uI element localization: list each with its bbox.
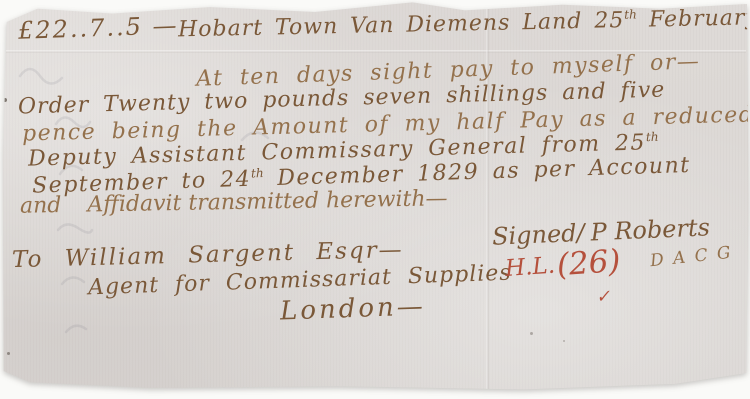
red-ref-number: (26) [556, 248, 621, 280]
date-superscript: th [251, 166, 264, 180]
red-reference-annotation: H.L. (26) [504, 248, 621, 284]
foxing-speck [7, 352, 10, 355]
place-date-text: Hobart Town Van Diemens Land 25 [178, 8, 625, 42]
signature-title-dacg: D A C G [649, 243, 733, 272]
place-date-rest: February 1830— [637, 3, 750, 33]
paper-shadow: £22..7..5 — Hobart Town Van Diemens Land… [0, 0, 750, 399]
signature-name: P Roberts [590, 213, 710, 246]
date-superscript: th [646, 130, 659, 144]
date-superscript: th [624, 7, 637, 21]
document-paper: £22..7..5 — Hobart Town Van Diemens Land… [0, 0, 750, 399]
red-check-mark: ✓ [595, 286, 611, 307]
amount-notation: £22..7..5 — [18, 11, 179, 45]
red-ref-initials: H.L. [504, 253, 556, 282]
affidavit-clause: Affidavit transmitted herewith— [87, 186, 448, 217]
foxing-speck [563, 340, 565, 342]
photographed-document: £22..7..5 — Hobart Town Van Diemens Land… [0, 0, 750, 399]
affidavit-word-and: and [20, 193, 62, 219]
city-line: London— [280, 291, 427, 326]
foxing-speck [530, 332, 533, 335]
foxing-speck [3, 98, 7, 102]
place-date-line: Hobart Town Van Diemens Land 25th Februa… [178, 3, 750, 42]
